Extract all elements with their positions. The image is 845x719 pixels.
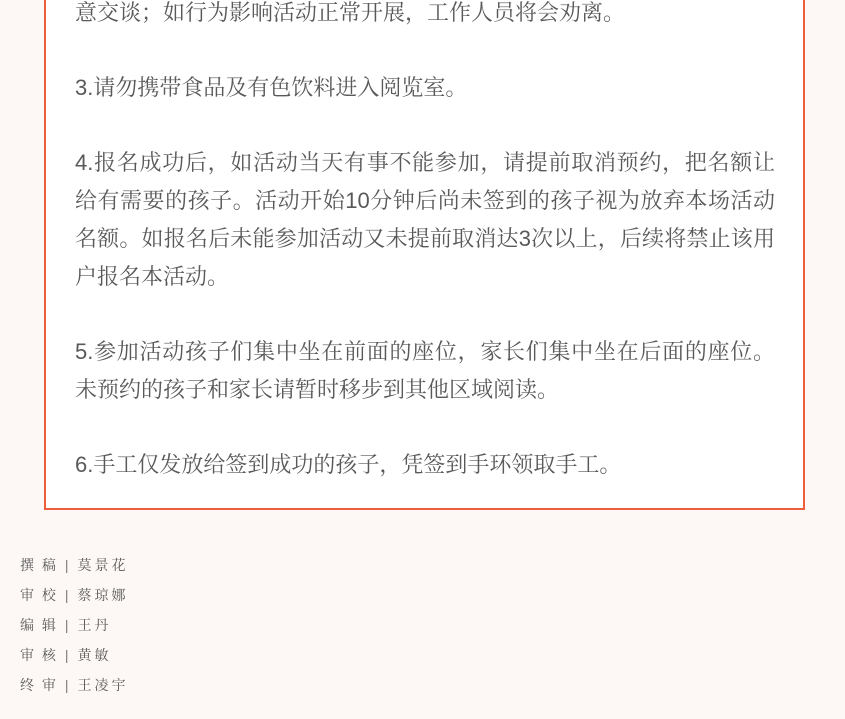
credit-role: 审 校 (20, 587, 58, 603)
notice-paragraph-partial: 意交谈；如行为影响活动正常开展，工作人员将会劝离。 (75, 0, 775, 32)
credit-name: 黄敏 (78, 647, 112, 663)
credit-line-proofreader: 审 校|蔡琼娜 (20, 580, 129, 610)
notice-paragraph-rule-4: 4.报名成功后，如活动当天有事不能参加，请提前取消预约，把名额让给有需要的孩子。… (75, 144, 775, 296)
credit-name: 蔡琼娜 (78, 587, 129, 603)
credit-line-final-reviewer: 终 审|王凌宇 (20, 670, 129, 700)
notice-rules-box: 意交谈；如行为影响活动正常开展，工作人员将会劝离。 3.请勿携带食品及有色饮料进… (44, 0, 805, 510)
credits-block: 撰 稿|莫景花 审 校|蔡琼娜 编 辑|王丹 审 核|黄敏 终 审|王凌宇 (20, 550, 129, 700)
notice-paragraph-rule-5: 5.参加活动孩子们集中坐在前面的座位，家长们集中坐在后面的座位。未预约的孩子和家… (75, 333, 775, 409)
credit-line-editor: 编 辑|王丹 (20, 610, 129, 640)
credit-name: 王凌宇 (78, 677, 129, 693)
credit-role: 审 核 (20, 647, 58, 663)
credit-separator: | (65, 587, 71, 603)
credit-name: 莫景花 (78, 557, 129, 573)
credit-separator: | (65, 677, 71, 693)
credit-separator: | (65, 557, 71, 573)
credit-line-writer: 撰 稿|莫景花 (20, 550, 129, 580)
credit-role: 终 审 (20, 677, 58, 693)
credit-role: 撰 稿 (20, 557, 58, 573)
credit-name: 王丹 (78, 617, 112, 633)
notice-paragraph-rule-6: 6.手工仅发放给签到成功的孩子，凭签到手环领取手工。 (75, 446, 775, 484)
credit-line-reviewer: 审 核|黄敏 (20, 640, 129, 670)
credit-role: 编 辑 (20, 617, 58, 633)
credit-separator: | (65, 647, 71, 663)
article-page: { "page": { "background_color": "#fdf8f5… (0, 0, 845, 719)
credit-separator: | (65, 617, 71, 633)
notice-paragraph-rule-3: 3.请勿携带食品及有色饮料进入阅览室。 (75, 69, 775, 107)
